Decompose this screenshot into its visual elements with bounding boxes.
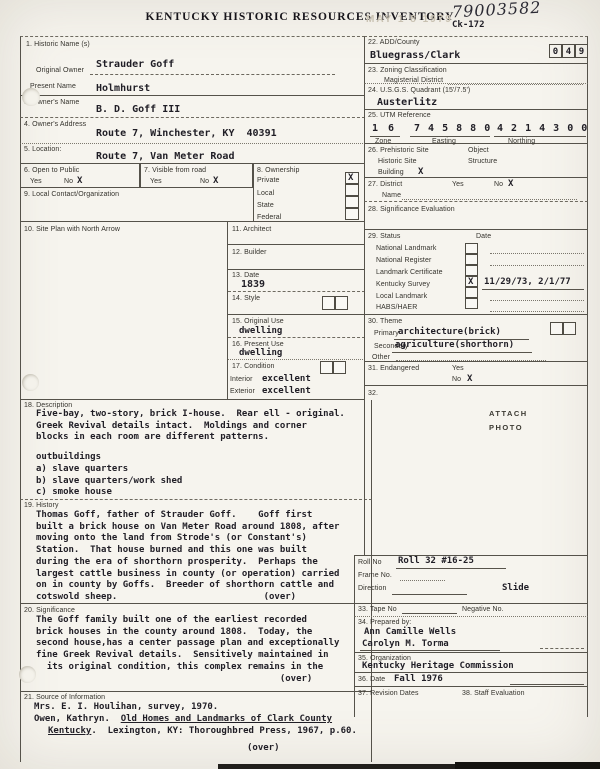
field-24-label: 24. U.S.G.S. Quadrant (15'/7.5') — [368, 87, 470, 94]
theme-code-box-2 — [563, 322, 576, 335]
field-24-value: Austerlitz — [377, 97, 437, 108]
checkbox-status-landmark-certificate — [465, 265, 478, 276]
field-25-easting-label: Easting — [432, 138, 456, 145]
checkbox-status-habs-haer — [465, 298, 478, 309]
field-9-label: 9. Local Contact/Organization — [24, 191, 119, 198]
field-10-label: 10. Site Plan with North Arrow — [24, 226, 120, 233]
field-16-label: 16. Present Use — [232, 341, 284, 348]
photo-slide-value: Slide — [502, 583, 529, 593]
field-36-value: Fall 1976 — [394, 674, 443, 684]
field-23-sub-label: Magisterial District — [384, 77, 443, 84]
field-29-date-label: Date — [476, 233, 491, 240]
field-25-zone-value: 1 6 — [372, 123, 396, 134]
handwritten-serial-number: 79003582 — [452, 0, 542, 21]
field-13-value: 1839 — [241, 279, 265, 290]
field-27-yes-label: Yes — [452, 181, 464, 188]
field-8-local-label: Local — [257, 190, 274, 197]
photo-direction-label: Direction — [358, 585, 387, 592]
field-26-structure-label: Structure — [468, 158, 497, 165]
field-21-line2: Owen, Kathryn. Old Homes and Landmarks o… — [34, 714, 332, 724]
field-18-outbuildings-list: a) slave quarters b) slave quarters/work… — [36, 464, 182, 499]
field-21-book-title: Old Homes and Landmarks of Clark County — [121, 714, 332, 724]
photo-roll-value: Roll 32 #16-25 — [398, 556, 474, 566]
field-20-text: The Goff family built one of the earlies… — [36, 615, 339, 685]
checkbox-status-local-landmark — [465, 287, 478, 298]
condition-code-box-1 — [320, 361, 333, 374]
field-25-easting-value: 7 4 5 8 8 0 — [414, 123, 491, 134]
field-31-no-mark: X — [467, 374, 472, 384]
field-25-label: 25. UTM Reference — [368, 112, 431, 119]
field-7-yes-label: Yes — [150, 178, 162, 185]
field-22-value: Bluegrass/Clark — [370, 50, 460, 61]
footer-over-note: (over) — [247, 743, 280, 753]
field-7-no-mark: X — [213, 176, 218, 186]
field-17-exterior-value: excellent — [262, 386, 311, 396]
field-5-label: 5. Location: — [24, 146, 61, 153]
field-27-no-label: No — [494, 181, 503, 188]
field-8-private-mark: X — [348, 173, 353, 183]
field-21-line2-prefix: Owen, Kathryn. — [34, 714, 121, 724]
field-3-value: B. D. Goff III — [96, 104, 180, 115]
field-26-building-label: Building — [378, 169, 404, 176]
field-29-row-landmark-certificate: Landmark Certificate — [376, 269, 443, 276]
punch-hole-bottom — [19, 666, 36, 683]
field-29-row-national-register: National Register — [376, 257, 431, 264]
field-34-name1: Ann Camille Wells — [364, 627, 456, 637]
field-8-federal-label: Federal — [257, 214, 281, 221]
punch-hole-top — [22, 88, 40, 106]
field-19-label: 19. History — [24, 502, 59, 509]
photo-frame-label: Frame No. — [358, 572, 392, 579]
field-27-name-label: Name — [382, 192, 401, 199]
style-code-box-1 — [322, 296, 335, 310]
field-22-code-box-1: 0 — [549, 44, 562, 58]
field-27-label: 27. District — [368, 181, 402, 188]
field-29-row-habs-haer: HABS/HAER — [376, 304, 417, 311]
field-25-northing-label: Northing — [508, 138, 535, 145]
field-32-label: 32. — [368, 390, 378, 397]
field-31-no-label: No — [452, 376, 461, 383]
field-17-exterior-label: Exterior — [230, 388, 255, 395]
checkbox-status-national-landmark — [465, 243, 478, 254]
field-25-zone-label: Zone — [375, 138, 391, 145]
field-15-value: dwelling — [239, 326, 282, 336]
field-26-object-label: Object — [468, 147, 489, 154]
field-30-other-label: Other — [372, 354, 390, 361]
field-5-value: Route 7, Van Meter Road — [96, 151, 234, 162]
field-25-northing-value: 4 2 1 4 3 0 0 — [497, 123, 588, 134]
field-6-yes-label: Yes — [30, 178, 42, 185]
field-1-present-name-value: Holmhurst — [96, 83, 150, 94]
field-37-label: 37. Revision Dates — [358, 690, 419, 697]
field-30-secondary-value: agriculture(shorthorn) — [395, 340, 514, 350]
field-29-row-kentucky-survey: Kentucky Survey — [376, 281, 430, 288]
field-21-line3: Kentucky. Lexington, KY: Thoroughbred Pr… — [48, 726, 357, 736]
field-22-code-box-3: 9 — [575, 44, 588, 58]
theme-code-box-1 — [550, 322, 563, 335]
field-8-private-label: Private — [257, 177, 280, 184]
field-21-book-title-cont: Kentucky — [48, 726, 91, 736]
field-19-text: Thomas Goff, father of Strauder Goff. Go… — [36, 510, 339, 604]
checkbox-ownership-state — [345, 196, 359, 208]
checkbox-ownership-federal — [345, 208, 359, 220]
field-28-label: 28. Significance Evaluation — [368, 206, 455, 213]
date-received-stamp: MAY 1 8 1979 — [366, 14, 453, 25]
scan-edge-artifact-dark — [455, 762, 600, 769]
field-34-name2: Carolyn M. Torma — [362, 639, 449, 649]
field-17-interior-value: excellent — [262, 374, 311, 384]
field-1-present-name-label: Present Name — [30, 83, 76, 90]
field-17-interior-label: Interior — [230, 376, 253, 383]
field-31-yes-label: Yes — [452, 365, 464, 372]
field-7-no-label: No — [200, 178, 209, 185]
attach-photo-line2: PHOTO — [489, 423, 523, 432]
field-26-historic-label: Historic Site — [378, 158, 417, 165]
file-number: Ck-172 — [452, 20, 485, 30]
field-13-label: 13. Date — [232, 272, 259, 279]
field-18-paragraph: Five-bay, two-story, brick I-house. Rear… — [36, 409, 345, 444]
field-29-row-local-landmark: Local Landmark — [376, 293, 427, 300]
field-33-negative-label: Negative No. — [462, 606, 504, 613]
field-7-label: 7. Visible from road — [144, 167, 206, 174]
field-21-line1: Mrs. E. I. Houlihan, survey, 1970. — [34, 702, 218, 712]
cell-32 — [364, 386, 588, 555]
field-6-no-label: No — [64, 178, 73, 185]
field-16-value: dwelling — [239, 348, 282, 358]
field-8-label: 8. Ownership — [257, 167, 299, 174]
field-12-label: 12. Builder — [232, 249, 267, 256]
checkbox-ownership-local — [345, 184, 359, 196]
field-26-building-mark: X — [418, 167, 423, 177]
field-18-label: 18. Description — [24, 402, 72, 409]
field-6-label: 6. Open to Public — [24, 167, 79, 174]
field-21-label: 21. Source of Information — [24, 694, 105, 701]
field-20-label: 20. Significance — [24, 607, 75, 614]
field-27-no-mark: X — [508, 179, 513, 189]
attach-photo-line1: ATTACH — [489, 409, 528, 418]
field-33-label: 33. Tape No — [358, 606, 397, 613]
field-15-label: 15. Original Use — [232, 318, 284, 325]
field-4-label: 4. Owner's Address — [24, 121, 86, 128]
field-6-no-mark: X — [77, 176, 82, 186]
field-21-line3-rest: . Lexington, KY: Thoroughbred Press, 196… — [91, 726, 357, 736]
field-8-state-label: State — [257, 202, 274, 209]
field-29-label: 29. Status — [368, 233, 401, 240]
field-36-label: 36. Date — [358, 676, 385, 683]
field-30-primary-label: Primary — [374, 330, 399, 337]
punch-hole-middle — [22, 374, 39, 391]
field-34-label: 34. Prepared by: — [358, 619, 411, 626]
field-1-original-owner-value: Strauder Goff — [96, 59, 174, 70]
field-17-label: 17. Condition — [232, 363, 275, 370]
field-18-outbuildings-heading: outbuildings — [36, 452, 101, 462]
style-code-box-2 — [335, 296, 348, 310]
scanned-inventory-form: KENTUCKY HISTORIC RESOURCES INVENTORY 79… — [0, 0, 600, 769]
field-23-label: 23. Zoning Classification — [368, 67, 447, 74]
field-29-survey-mark: X — [468, 277, 473, 287]
field-22-label: 22. ADD/County — [368, 39, 420, 46]
field-31-label: 31. Endangered — [368, 365, 419, 372]
field-14-label: 14. Style — [232, 295, 260, 302]
field-11-label: 11. Architect — [232, 226, 271, 233]
field-4-value: Route 7, Winchester, KY 40391 — [96, 128, 277, 139]
field-29-survey-date: 11/29/73, 2/1/77 — [484, 277, 571, 287]
field-30-primary-value: architecture(brick) — [398, 327, 501, 337]
cell-site-plan — [20, 222, 228, 400]
field-30-label: 30. Theme — [368, 318, 402, 325]
field-26-prehistoric-label: 26. Prehistoric Site — [368, 147, 429, 154]
field-22-code-box-2: 4 — [562, 44, 575, 58]
field-38-label: 38. Staff Evaluation — [462, 690, 525, 697]
checkbox-status-national-register — [465, 254, 478, 265]
field-1-label: 1. Historic Name (s) — [26, 41, 90, 48]
field-1-original-owner-label: Original Owner — [36, 67, 84, 74]
condition-code-box-2 — [333, 361, 346, 374]
field-29-row-national-landmark: National Landmark — [376, 245, 436, 252]
photo-roll-label: Roll No — [358, 559, 382, 566]
field-35-value: Kentucky Heritage Commission — [362, 661, 514, 671]
